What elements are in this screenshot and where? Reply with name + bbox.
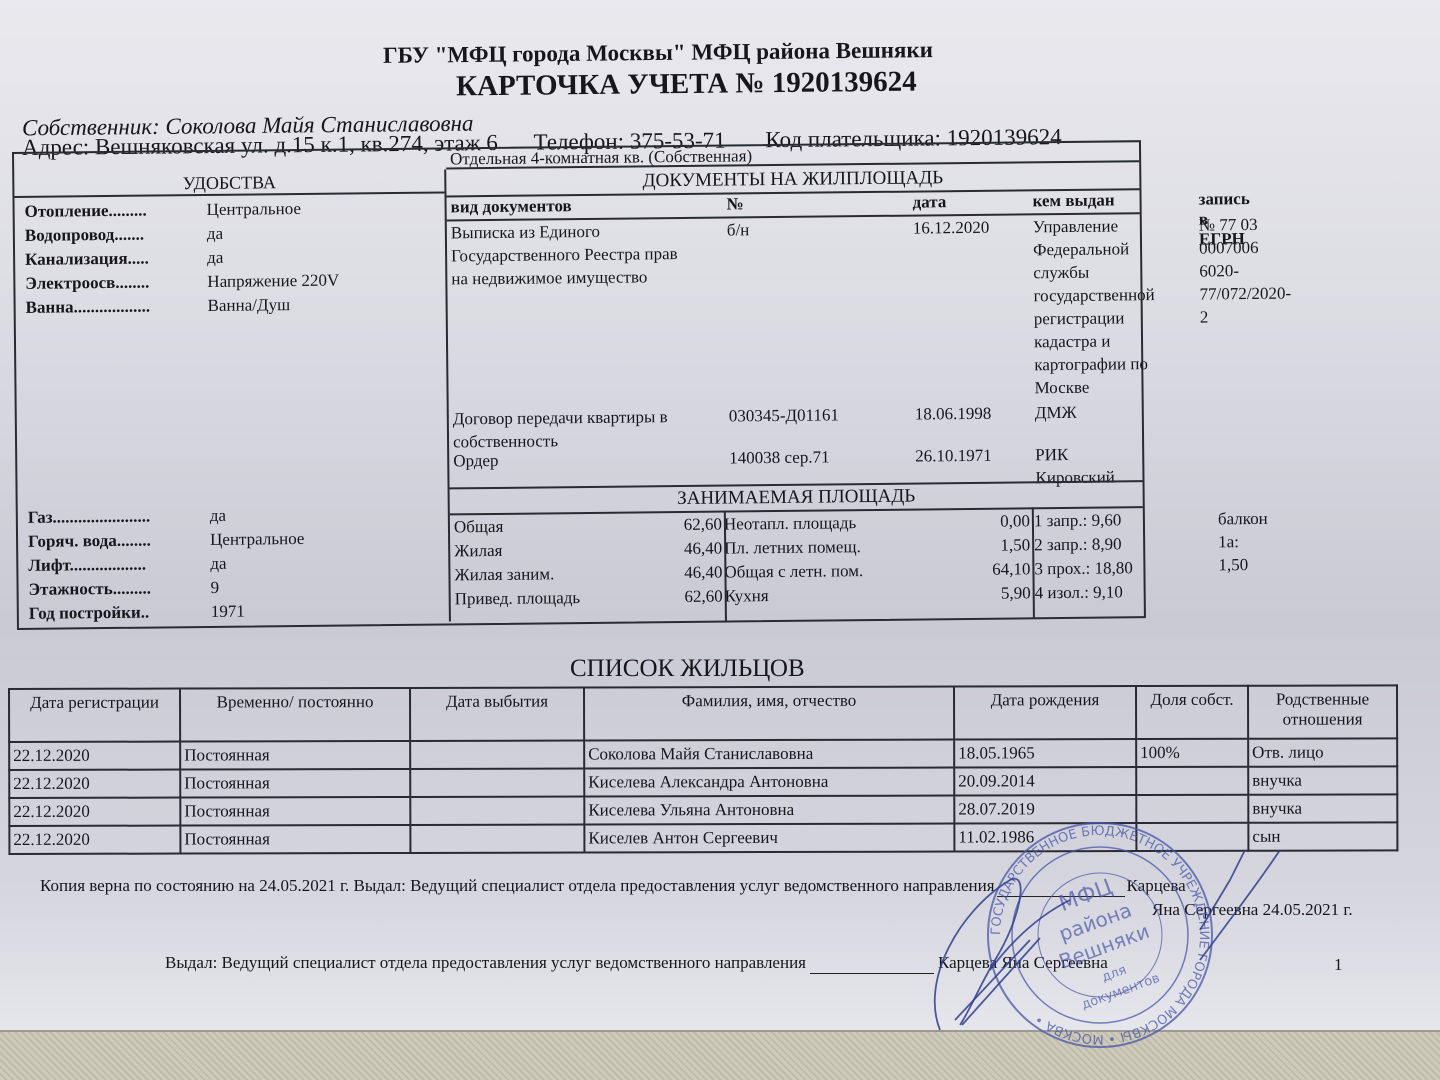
area-l1: Привед. площадь bbox=[455, 586, 581, 610]
amenity-label: Ванна.................. bbox=[26, 297, 151, 318]
area-v2: 1,50 bbox=[924, 533, 1030, 557]
resident-status: Постоянная bbox=[180, 797, 410, 826]
amenity-value: Ванна/Душ bbox=[208, 295, 291, 316]
resident-share bbox=[1136, 767, 1248, 795]
col-registration-date: Дата регистрации bbox=[9, 689, 180, 742]
doc-col-date: дата bbox=[912, 192, 946, 212]
amenity-label: Год постройки.. bbox=[29, 603, 150, 624]
resident-left bbox=[410, 740, 584, 768]
issuer-line: государственной bbox=[1033, 283, 1154, 307]
doc-col-number: № bbox=[726, 194, 743, 214]
area-l3: 1 запр.: 9,60 bbox=[1034, 508, 1122, 532]
area-l1: Жилая bbox=[454, 539, 502, 563]
amenities-title: УДОБСТВА bbox=[14, 169, 444, 198]
signature-line bbox=[997, 876, 1125, 897]
egrn-line: № 77 03 0007006 bbox=[1199, 213, 1291, 260]
type-line: Ордер bbox=[453, 449, 498, 472]
doc-col-type: вид документов bbox=[450, 196, 571, 217]
amenity-label: Этажность......... bbox=[28, 579, 151, 600]
area-l1: Жилая заним. bbox=[454, 562, 554, 586]
doc-issuer: УправлениеФедеральнойслужбыгосударственн… bbox=[1033, 214, 1156, 399]
amenity-label: Водопровод....... bbox=[25, 225, 144, 246]
area-l3: 4 изол.: 9,10 bbox=[1035, 580, 1123, 604]
doc-date: 18.06.1998 bbox=[915, 404, 992, 424]
issuer-line: Управление bbox=[1033, 214, 1154, 238]
amenity-row: Этажность.........9 bbox=[28, 575, 448, 602]
resident-row: 22.12.2020ПостояннаяКиселева Ульяна Анто… bbox=[9, 794, 1397, 826]
page-number: 1 bbox=[1334, 955, 1343, 975]
resident-left bbox=[410, 824, 584, 852]
resident-left bbox=[410, 768, 584, 796]
resident-status: Постоянная bbox=[180, 769, 410, 798]
amenity-row: Канализация.....да bbox=[25, 245, 445, 272]
col-departure-date: Дата выбытия bbox=[410, 687, 584, 740]
amenity-row: Горяч. вода........Центральное bbox=[28, 527, 448, 554]
amenity-label: Лифт.................. bbox=[28, 555, 146, 576]
residents-table: Дата регистрации Временно/ постоянно Дат… bbox=[8, 684, 1398, 855]
area-v1: 62,60 bbox=[626, 513, 722, 537]
resident-relation: Отв. лицо bbox=[1248, 738, 1397, 766]
area-l4: балкон 1а: 1,50 bbox=[1218, 507, 1269, 577]
area-l3: 2 запр.: 8,90 bbox=[1034, 532, 1122, 556]
resident-reg: 22.12.2020 bbox=[9, 770, 180, 798]
doc-number: 030345-Д01161 bbox=[729, 405, 839, 425]
area-v1: 46,40 bbox=[626, 561, 722, 585]
amenity-value: Центральное bbox=[210, 529, 305, 550]
issuer-line: Москве bbox=[1034, 375, 1155, 399]
amenity-value: да bbox=[210, 506, 226, 526]
issued-by-text: Выдал: Ведущий специалист отдела предост… bbox=[165, 953, 806, 972]
area-v1: 46,40 bbox=[626, 537, 722, 561]
resident-name: Соколова Майя Станиславовна bbox=[584, 740, 954, 769]
resident-relation: сын bbox=[1248, 822, 1397, 850]
resident-share bbox=[1136, 823, 1248, 851]
amenity-row: Отопление.........Центральное bbox=[25, 197, 445, 224]
resident-relation: внучка bbox=[1248, 766, 1397, 794]
resident-left bbox=[410, 796, 584, 824]
signature-line bbox=[810, 953, 934, 974]
area-l3: 3 прох.: 18,80 bbox=[1034, 556, 1133, 580]
type-line: Выписка из Единого bbox=[451, 219, 678, 244]
amenity-row: Ванна..................Ванна/Душ bbox=[26, 293, 446, 320]
issuer-line: Федеральной bbox=[1033, 237, 1154, 261]
resident-reg: 22.12.2020 bbox=[9, 742, 180, 770]
doc-date-cell: 18.06.1998 bbox=[915, 402, 992, 426]
issued-by: Выдал: Ведущий специалист отдела предост… bbox=[165, 953, 1108, 974]
resident-row: 22.12.2020ПостояннаяКиселев Антон Сергее… bbox=[9, 822, 1397, 854]
area-v2: 64,10 bbox=[924, 557, 1030, 581]
area-l2: Пл. летних помещ. bbox=[724, 535, 861, 559]
area-v1: 62,60 bbox=[627, 585, 723, 609]
amenity-label: Канализация..... bbox=[25, 249, 149, 270]
type-line: на недвижимое имущество bbox=[451, 265, 678, 290]
resident-reg: 22.12.2020 bbox=[9, 826, 180, 854]
area-v2: 0,00 bbox=[924, 509, 1030, 533]
area-l2: Неотапл. площадь bbox=[724, 511, 856, 535]
col-relation: Родственные отношения bbox=[1248, 685, 1397, 738]
area-l1: Общая bbox=[454, 515, 504, 539]
resident-name: Киселева Александра Антоновна bbox=[584, 768, 954, 797]
area-v2: 5,90 bbox=[925, 581, 1031, 605]
col-full-name: Фамилия, имя, отчество bbox=[584, 687, 954, 741]
doc-number-cell: 140038 сер.71 bbox=[729, 445, 830, 469]
doc-date: 16.12.2020 bbox=[913, 218, 990, 238]
resident-share bbox=[1136, 795, 1248, 823]
issued-name: Карцева Яна Сергеевна bbox=[938, 953, 1108, 972]
doc-col-issuer: кем выдан bbox=[1032, 190, 1114, 211]
copy-note: Копия верна по состоянию на 24.05.2021 г… bbox=[40, 876, 995, 895]
issuer-line: ДМЖ bbox=[1035, 401, 1077, 424]
type-line: Договор передачи квартиры в bbox=[453, 405, 668, 430]
amenity-row: Лифт..................да bbox=[28, 551, 448, 578]
residents-title: СПИСОК ЖИЛЬЦОВ bbox=[570, 655, 805, 683]
col-ownership-share: Доля собст. bbox=[1136, 686, 1248, 739]
amenity-label: Отопление......... bbox=[25, 201, 147, 222]
doc-date: 26.10.1971 bbox=[915, 446, 992, 466]
resident-row: 22.12.2020ПостояннаяКиселева Александра … bbox=[9, 766, 1397, 798]
amenity-value: 1971 bbox=[211, 602, 245, 622]
amenity-value: Центральное bbox=[207, 199, 302, 220]
amenity-label: Горяч. вода........ bbox=[28, 531, 151, 552]
amenity-row: Водопровод.......да bbox=[25, 221, 445, 248]
resident-name: Киселев Антон Сергеевич bbox=[584, 824, 954, 853]
area-l2: Общая с летн. пом. bbox=[724, 559, 863, 583]
amenity-value: да bbox=[210, 554, 226, 574]
col-birth-date: Дата рождения bbox=[954, 686, 1136, 739]
amenity-label: Газ....................... bbox=[28, 507, 151, 528]
doc-issuer: ДМЖ bbox=[1035, 401, 1077, 424]
amenities-panel: УДОБСТВА Отопление.........ЦентральноеВо… bbox=[14, 169, 451, 625]
amenity-value: 9 bbox=[210, 578, 219, 598]
resident-dob: 11.02.1986 bbox=[954, 823, 1136, 851]
issuer-line: кадастра и bbox=[1034, 329, 1155, 353]
doc-egrn: № 77 03 00070066020-77/072/2020-2 bbox=[1199, 213, 1292, 329]
card-title: КАРТОЧКА УЧЕТА № 1920139624 bbox=[456, 66, 917, 104]
amenity-value: да bbox=[207, 224, 223, 244]
area-l2: Кухня bbox=[725, 584, 769, 607]
type-line: Государственного Реестра прав bbox=[451, 242, 678, 267]
egrn-line: 6020-77/072/2020-2 bbox=[1199, 259, 1291, 329]
resident-dob: 20.09.2014 bbox=[954, 767, 1136, 795]
amenity-value: да bbox=[207, 248, 223, 268]
resident-dob: 18.05.1965 bbox=[954, 739, 1136, 767]
resident-reg: 22.12.2020 bbox=[9, 798, 180, 826]
resident-row: 22.12.2020ПостояннаяСоколова Майя Станис… bbox=[9, 738, 1397, 770]
account-card: УДОБСТВА Отопление.........ЦентральноеВо… bbox=[12, 140, 1146, 630]
resident-share: 100% bbox=[1136, 739, 1248, 767]
amenity-row: Год постройки..1971 bbox=[29, 599, 449, 626]
resident-relation: внучка bbox=[1248, 794, 1397, 822]
copy-name-part1: Карцева bbox=[1127, 876, 1186, 895]
doc-type: Договор передачи квартиры всобственность bbox=[453, 405, 668, 453]
amenity-label: Электроосв........ bbox=[25, 273, 149, 294]
copy-name-part2: Яна Сергеевна 24.05.2021 г. bbox=[1152, 900, 1353, 920]
doc-date-cell: 16.12.2020 bbox=[913, 216, 990, 240]
doc-type: Выписка из ЕдиногоГосударственного Реест… bbox=[451, 219, 678, 290]
background-surface bbox=[0, 1030, 1440, 1080]
copy-certification: Копия верна по состоянию на 24.05.2021 г… bbox=[40, 876, 1186, 897]
amenity-row: Электроосв........Напряжение 220V bbox=[25, 269, 445, 296]
issuer-line: регистрации bbox=[1034, 306, 1155, 330]
doc-number-cell: 030345-Д01161 bbox=[729, 403, 839, 427]
col-status: Временно/ постоянно bbox=[180, 688, 410, 742]
doc-date-cell: 26.10.1971 bbox=[915, 444, 992, 468]
doc-number: 140038 сер.71 bbox=[729, 447, 830, 467]
resident-status: Постоянная bbox=[180, 741, 410, 770]
doc-number: б/н bbox=[727, 220, 750, 239]
amenity-value: Напряжение 220V bbox=[207, 271, 339, 292]
issuer-line: службы bbox=[1033, 260, 1154, 284]
doc-number-cell: б/н bbox=[727, 218, 750, 241]
amenity-row: Газ.......................да bbox=[28, 503, 448, 530]
issuer-line: картографии по bbox=[1034, 352, 1155, 376]
resident-status: Постоянная bbox=[180, 825, 410, 854]
resident-name: Киселева Ульяна Антоновна bbox=[584, 796, 954, 825]
doc-type: Ордер bbox=[453, 449, 498, 472]
resident-dob: 28.07.2019 bbox=[954, 795, 1136, 823]
